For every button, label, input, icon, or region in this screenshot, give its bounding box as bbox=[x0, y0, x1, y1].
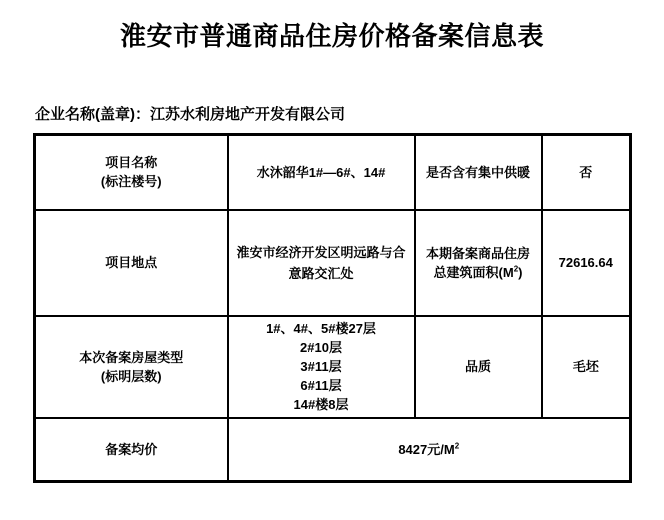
table-row: 备案均价 8427元/M2 bbox=[35, 418, 631, 482]
total-floor-area-value: 72616.64 bbox=[542, 210, 631, 316]
project-name-label-line1: 项目名称 bbox=[40, 153, 223, 172]
company-label: 企业名称(盖章)： bbox=[35, 106, 150, 123]
total-floor-area-label-line2: 总建筑面积(M2) bbox=[420, 263, 537, 282]
square-superscript: 2 bbox=[455, 441, 459, 450]
company-name: 江苏水利房地产开发有限公司 bbox=[150, 106, 345, 123]
housing-type-label-line2: (标明层数) bbox=[40, 367, 223, 386]
table-row: 项目地点 淮安市经济开发区明远路与合意路交汇处 本期备案商品住房 总建筑面积(M… bbox=[35, 210, 631, 316]
average-price-text: 8427元/M bbox=[398, 442, 454, 457]
total-floor-area-unit-close: ) bbox=[518, 265, 522, 280]
project-location-label: 项目地点 bbox=[35, 210, 228, 316]
housing-type-line: 14#楼8层 bbox=[233, 395, 410, 414]
quality-label: 品质 bbox=[415, 316, 542, 418]
table-row: 项目名称 (标注楼号) 水沐韶华1#—6#、14# 是否含有集中供暖 否 bbox=[35, 135, 631, 210]
housing-type-line: 6#11层 bbox=[233, 376, 410, 395]
central-heating-label: 是否含有集中供暖 bbox=[415, 135, 542, 210]
housing-type-label-cell: 本次备案房屋类型 (标明层数) bbox=[35, 316, 228, 418]
project-name-label-line2: (标注楼号) bbox=[40, 172, 223, 191]
table-row: 本次备案房屋类型 (标明层数) 1#、4#、5#楼27层 2#10层 3#11层… bbox=[35, 316, 631, 418]
housing-type-line: 1#、4#、5#楼27层 bbox=[233, 319, 410, 338]
project-name-value: 水沐韶华1#—6#、14# bbox=[228, 135, 415, 210]
price-filing-table: 项目名称 (标注楼号) 水沐韶华1#—6#、14# 是否含有集中供暖 否 项目地… bbox=[33, 133, 632, 483]
project-location-value: 淮安市经济开发区明远路与合意路交汇处 bbox=[228, 210, 415, 316]
total-floor-area-unit-prefix: 总建筑面积(M bbox=[434, 265, 514, 280]
average-price-label: 备案均价 bbox=[35, 418, 228, 482]
quality-value: 毛坯 bbox=[542, 316, 631, 418]
housing-type-label-line1: 本次备案房屋类型 bbox=[40, 348, 223, 367]
housing-type-line: 3#11层 bbox=[233, 357, 410, 376]
average-price-value: 8427元/M2 bbox=[228, 418, 631, 482]
project-name-label-cell: 项目名称 (标注楼号) bbox=[35, 135, 228, 210]
total-floor-area-label: 本期备案商品住房 总建筑面积(M2) bbox=[415, 210, 542, 316]
central-heating-value: 否 bbox=[542, 135, 631, 210]
page-title: 淮安市普通商品住房价格备案信息表 bbox=[0, 20, 664, 52]
total-floor-area-label-line1: 本期备案商品住房 bbox=[420, 244, 537, 263]
company-name-line: 企业名称(盖章)：江苏水利房地产开发有限公司 bbox=[35, 105, 345, 125]
housing-type-value: 1#、4#、5#楼27层 2#10层 3#11层 6#11层 14#楼8层 bbox=[228, 316, 415, 418]
housing-type-line: 2#10层 bbox=[233, 338, 410, 357]
